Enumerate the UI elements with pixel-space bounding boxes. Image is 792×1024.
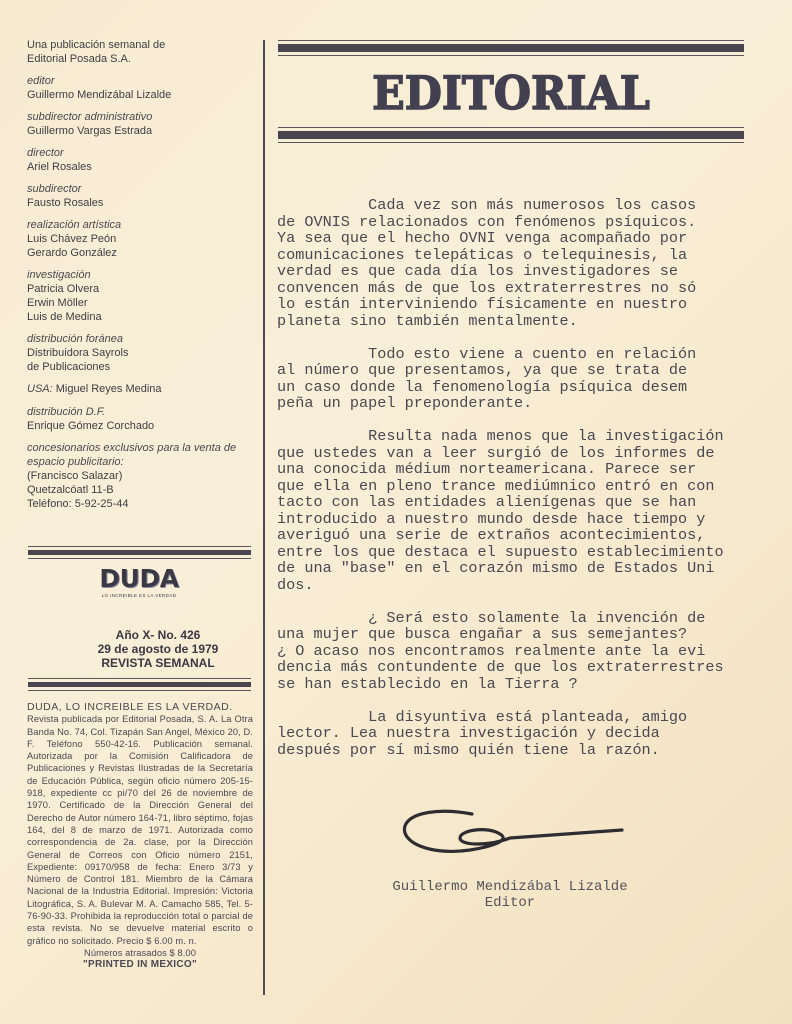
printed-in-mexico: "PRINTED IN MEXICO" bbox=[27, 959, 253, 971]
staff-group: directorAriel Rosales bbox=[27, 146, 255, 174]
staff-group: concesionarios exclusivos para la venta … bbox=[27, 441, 255, 511]
staff-name: Erwin Möller bbox=[27, 296, 255, 310]
logo-wordmark: DUDA bbox=[0, 566, 278, 592]
staff-name: Guillermo Mendizábal Lizalde bbox=[27, 88, 255, 102]
legal-notice: DUDA, LO INCREIBLE ES LA VERDAD. Revista… bbox=[27, 701, 253, 972]
editorial-paragraph: ¿ Será esto solamente la invención de un… bbox=[277, 610, 777, 693]
staff-name: Enrique Gómez Corchado bbox=[27, 419, 255, 433]
staff-name: Quetzalcóatl 11-B bbox=[27, 483, 255, 497]
issue-date: 29 de agosto de 1979 bbox=[0, 642, 316, 656]
staff-name: Patricia Olvera bbox=[27, 282, 255, 296]
staff-name: Guillermo Vargas Estrada bbox=[27, 124, 255, 138]
staff-list-secondary: distribución D.F.Enrique Gómez Corchadoc… bbox=[27, 405, 255, 511]
staff-role: subdirector administrativo bbox=[27, 110, 255, 124]
issue-number: Año X- No. 426 bbox=[0, 628, 316, 642]
staff-name: Luis Chávez Peón bbox=[27, 232, 255, 246]
editorial-paragraph: Resulta nada menos que la investigación … bbox=[277, 428, 777, 593]
title-rule-bottom bbox=[278, 131, 744, 139]
title-rule-top bbox=[278, 44, 744, 52]
masthead: Una publicación semanal de Editorial Pos… bbox=[27, 38, 255, 519]
back-issues-price: Números atrasados $ 8.00 bbox=[27, 947, 253, 959]
staff-name: de Publicaciones bbox=[27, 360, 255, 374]
issue-info: Año X- No. 426 29 de agosto de 1979 REVI… bbox=[0, 628, 316, 670]
staff-role: realización artística bbox=[27, 218, 255, 232]
staff-name: Ariel Rosales bbox=[27, 160, 255, 174]
staff-role: subdirector bbox=[27, 182, 255, 196]
divider-rule bbox=[28, 550, 251, 555]
staff-name: Distribuidora Sayrols bbox=[27, 346, 255, 360]
editorial-paragraph: Cada vez son más numerosos los casos de … bbox=[277, 197, 777, 329]
editorial-body: Cada vez son más numerosos los casos de … bbox=[277, 197, 777, 775]
staff-role: distribución D.F. bbox=[27, 405, 255, 419]
editorial-paragraph: La disyuntiva está planteada, amigo lect… bbox=[277, 709, 777, 759]
publisher-intro: Una publicación semanal de Editorial Pos… bbox=[27, 38, 255, 66]
duda-logo: DUDA LO INCREIBLE ES LA VERDAD bbox=[0, 566, 278, 598]
signer-name: Guillermo Mendizábal Lizalde bbox=[340, 879, 680, 895]
staff-name: (Francisco Salazar) bbox=[27, 469, 255, 483]
signer-title: Editor bbox=[340, 895, 680, 911]
staff-group: subdirector administrativoGuillermo Varg… bbox=[27, 110, 255, 138]
staff-usa: USA: Miguel Reyes Medina bbox=[27, 382, 255, 396]
staff-name: Fausto Rosales bbox=[27, 196, 255, 210]
staff-role: editor bbox=[27, 74, 255, 88]
publisher-line: Editorial Posada S.A. bbox=[27, 52, 255, 66]
staff-name: Gerardo González bbox=[27, 246, 255, 260]
staff-group: realización artísticaLuis Chávez PeónGer… bbox=[27, 218, 255, 260]
signer-block: Guillermo Mendizábal Lizalde Editor bbox=[340, 879, 680, 911]
divider-rule bbox=[28, 682, 251, 687]
legal-heading: DUDA, LO INCREIBLE ES LA VERDAD. bbox=[27, 701, 253, 713]
column-divider bbox=[263, 40, 265, 995]
staff-name: Teléfono: 5-92-25-44 bbox=[27, 497, 255, 511]
staff-group: investigaciónPatricia OlveraErwin Möller… bbox=[27, 268, 255, 324]
issue-type: REVISTA SEMANAL bbox=[0, 656, 316, 670]
signature-icon bbox=[400, 806, 630, 862]
staff-name: Luis de Medina bbox=[27, 310, 255, 324]
staff-role: investigación bbox=[27, 268, 255, 282]
staff-role: concesionarios exclusivos para la venta … bbox=[27, 441, 255, 469]
magazine-page: Una publicación semanal de Editorial Pos… bbox=[0, 0, 792, 1024]
staff-group: editorGuillermo Mendizábal Lizalde bbox=[27, 74, 255, 102]
staff-role: distribución foránea bbox=[27, 332, 255, 346]
staff-name: Miguel Reyes Medina bbox=[56, 383, 162, 395]
staff-list: editorGuillermo Mendizábal Lizaldesubdir… bbox=[27, 74, 255, 374]
staff-group: distribución foráneaDistribuidora Sayrol… bbox=[27, 332, 255, 374]
staff-role: director bbox=[27, 146, 255, 160]
staff-group: subdirectorFausto Rosales bbox=[27, 182, 255, 210]
logo-tagline: LO INCREIBLE ES LA VERDAD bbox=[0, 593, 278, 598]
staff-role: USA: bbox=[27, 383, 53, 395]
editorial-title: EDITORIAL bbox=[294, 68, 727, 118]
staff-group: distribución D.F.Enrique Gómez Corchado bbox=[27, 405, 255, 433]
legal-text: Revista publicada por Editorial Posada, … bbox=[27, 713, 253, 947]
editorial-paragraph: Todo esto viene a cuento en relación al … bbox=[277, 346, 777, 412]
publisher-line: Una publicación semanal de bbox=[27, 38, 255, 52]
